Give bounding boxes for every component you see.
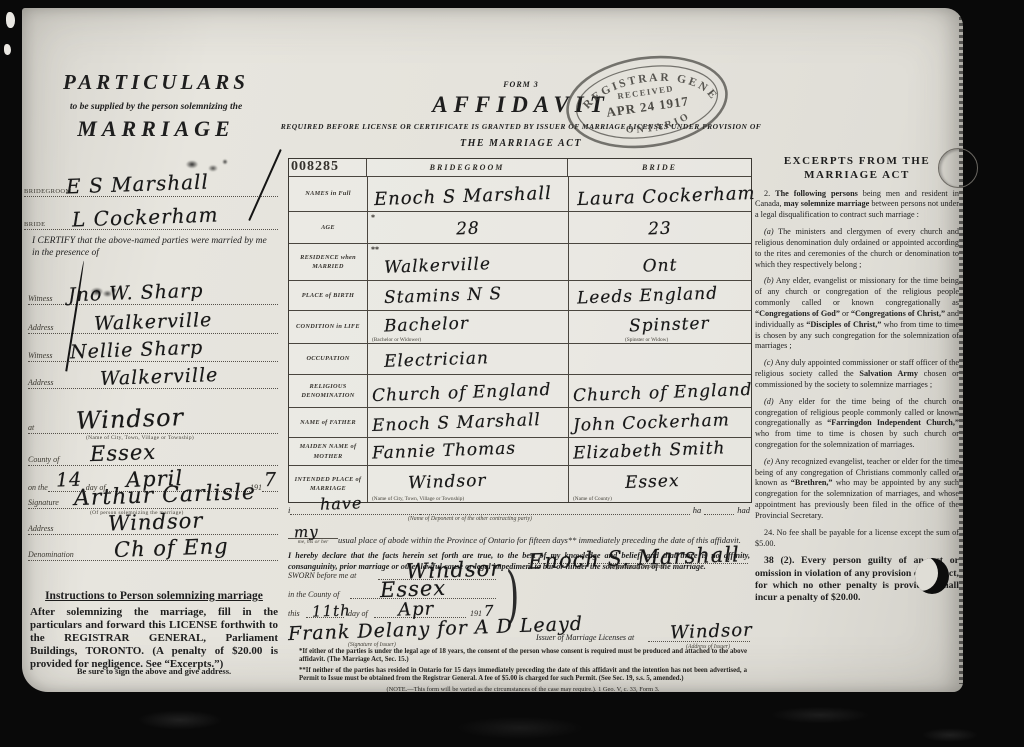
instructions-body: After solemnizing the marriage, fill in … [30,606,278,671]
sworn-section: SWORN before me at Windsor in the County… [288,563,750,620]
intended-place-handwriting: Windsor [408,471,487,494]
footnote-2: **If neither of the parties has resided … [299,667,747,684]
this-label: this [288,609,300,618]
document-page: PARTICULARS to be supplied by the person… [22,8,963,692]
excerpts-title: EXCERPTS FROM THE MARRIAGE ACT [755,154,959,183]
groom-religion-handwriting: Church of England [372,380,552,406]
abode-line: my me, his or her usual place of abode w… [288,526,750,545]
footnote-1: *If either of the parties is under the l… [299,648,747,665]
bride-name-handwriting: Laura Cockerham [577,183,756,210]
table-row-age: AGE *28 23 [289,211,751,243]
footnote-mark: ** [371,245,379,254]
film-speck [4,44,11,55]
instructions-note: Be sure to sign the above and give addre… [32,666,276,676]
bride-father-handwriting: John Cockerham [573,410,730,435]
address2-label: Address [28,378,53,387]
address1-handwriting: Walkerville [94,309,213,335]
sworn-day-handwriting: 11th [312,601,351,620]
ha-label: ha [693,505,702,515]
groom-mother-handwriting: Fannie Thomas [372,438,517,463]
address1-field: Address Walkerville [28,304,278,334]
table-row-residence: RESIDENCE when MARRIED **Walkerville Ont [289,243,751,280]
address3-label: Address [28,524,53,533]
footnotes: *If either of the parties is under the l… [299,648,747,696]
table-row-condition: CONDITION in LIFE Bachelor(Bachelor or W… [289,310,751,343]
row-label: RESIDENCE when MARRIED [289,244,368,280]
row-label: CONDITION in LIFE [289,311,368,343]
punch-hole-outline [938,148,978,188]
witness2-field: Witness Nellie Sharp [28,333,278,362]
county-handwriting: Essex [90,440,157,466]
witness2-handwriting: Nellie Sharp [70,337,204,364]
bride-field: BRIDE L Cockerham [24,196,278,230]
issuer-section: Frank Delany for A D Leayd (Signature of… [288,620,750,646]
bride-label: BRIDE [24,221,46,228]
witness1-field: Witness Jno W. Sharp [28,270,278,305]
certify-statement: I CERTIFY that the above-named parties w… [32,236,274,260]
had-label: had [737,505,750,515]
row-label: NAME of FATHER [289,408,368,437]
signature-label: Signature [28,498,59,507]
bride-condition-handwriting: Spinster [629,314,710,337]
denomination-field: Denomination Ch of Eng [28,540,278,561]
excerpt-paragraph: 2. The following persons being men and r… [755,189,959,221]
marriage-title: MARRIAGE [28,116,284,142]
table-row-birthplace: PLACE of BIRTH Stamins N S Leeds England [289,280,751,310]
issuer-place-handwriting: Windsor [670,620,753,644]
bride-religion-handwriting: Church of England [573,380,753,406]
row-label: NAMES in Full [289,177,368,211]
bride-residence-handwriting: Ont [642,255,677,276]
at-handwriting: Windsor [76,403,185,435]
table-row-religion: RELIGIOUS DENOMINATION Church of England… [289,374,751,407]
groom-occupation-handwriting: Electrician [384,348,490,372]
issuer-mid-label: Issuer of Marriage Licenses at [536,633,634,642]
perforated-edge [959,14,964,684]
row-label: AGE [289,212,368,243]
groom-residence-handwriting: Walkerville [384,254,492,278]
ink-smudge [88,286,118,300]
sworn-label: SWORN before me at [288,571,356,580]
bridegroom-column-header: BRIDEGROOM [367,159,568,176]
bride-mother-handwriting: Elizabeth Smith [573,438,726,463]
county-label: County of [28,455,59,464]
my-overword: my me, his or her [288,526,338,545]
excerpt-paragraph: (e) Any recognized evangelist, teacher o… [755,457,959,522]
denomination-label: Denomination [28,550,74,559]
condition-sublabel: (Bachelor or Widower) [372,337,421,343]
groom-father-handwriting: Enoch S Marshall [372,410,541,436]
county-field: County of Essex [28,445,278,466]
at-field: at Windsor [28,402,278,434]
marriage-table: 008285 BRIDEGROOM BRIDE NAMES in Full En… [288,158,752,503]
address3-handwriting: Windsor [108,508,204,535]
witness2-label: Witness [28,351,52,360]
table-row-father: NAME of FATHER Enoch S Marshall John Coc… [289,407,751,437]
table-row-mother: MAIDEN NAME of MOTHER Fannie Thomas Eliz… [289,437,751,465]
sworn-county-label: in the County of [288,590,339,599]
denomination-handwriting: Ch of Eng [114,534,229,562]
table-header-row: 008285 BRIDEGROOM BRIDE [289,159,751,176]
serial-number: 008285 [289,159,367,176]
footnote-mark: * [371,213,375,222]
row-label: MAIDEN NAME of MOTHER [289,438,368,465]
punch-hole-crescent [915,558,949,594]
particulars-title: PARTICULARS [28,70,284,95]
ink-smudge [174,154,234,180]
intended-county-handwriting: Essex [625,471,680,493]
row-label: PLACE of BIRTH [289,281,368,310]
excerpt-paragraph: (d) Any elder for the time being of the … [755,397,959,451]
deponent-sublabel: (Name of Deponent or of the other contra… [408,516,750,522]
bridegroom-label: BRIDEGROOM [24,188,72,195]
particulars-subtitle: to be supplied by the person solemnizing… [28,102,284,112]
address1-label: Address [28,323,53,332]
table-row-names: NAMES in Full Enoch S Marshall Laura Coc… [289,176,751,211]
microfilm-frame: { "stamp": { "arc_top": "REGISTRAR GENER… [0,0,1024,747]
my-handwriting: my [294,523,319,542]
excerpt-paragraph: 24. No fee shall be payable for a licens… [755,528,959,550]
particulars-panel: PARTICULARS to be supplied by the person… [28,8,284,692]
groom-birthplace-handwriting: Stamins N S [384,284,503,308]
bride-handwriting: L Cockerham [72,202,219,231]
condition-sublabel: (Spinster or Widow) [625,337,668,343]
signature-field: Signature Arthur Carlisle [28,488,278,509]
bridegroom-field: BRIDEGROOM E S Marshall [24,162,278,197]
address3-field: Address Windsor [28,514,278,535]
excerpt-paragraph: (b) Any elder, evangelist or missionary … [755,276,959,352]
sworn-day-of-label: day of [348,609,368,618]
groom-condition-handwriting: Bachelor [384,314,470,337]
film-speck [6,12,15,28]
groom-name-handwriting: Enoch S Marshall [374,183,552,210]
bride-age-handwriting: 23 [648,219,672,240]
solemnizer-signature: Arthur Carlisle [74,480,257,511]
excerpt-paragraph: (c) Any duly appointed commissioner or s… [755,358,959,390]
have-handwriting: have [320,493,363,513]
at-label: at [28,423,34,432]
row-label: OCCUPATION [289,344,368,374]
table-row-occupation: OCCUPATION Electrician [289,343,751,374]
excerpt-paragraph: (a) The ministers and clergymen of every… [755,227,959,270]
witness1-label: Witness [28,294,52,303]
address2-handwriting: Walkerville [100,364,219,390]
deponent-line: i have ha had [288,495,750,515]
deponent-signature-block: Enoch S. Marshall (Signature of Deponent… [528,565,748,570]
groom-age-handwriting: 28 [456,219,480,240]
footnote-note: (NOTE.—This form will be varied as the c… [299,686,747,694]
film-noise [0,690,1024,747]
bride-birthplace-handwriting: Leeds England [577,284,719,309]
instructions-title: Instructions to Person solemnizing marri… [32,590,276,602]
bride-column-header: BRIDE [568,159,751,176]
row-label: RELIGIOUS DENOMINATION [289,375,368,407]
